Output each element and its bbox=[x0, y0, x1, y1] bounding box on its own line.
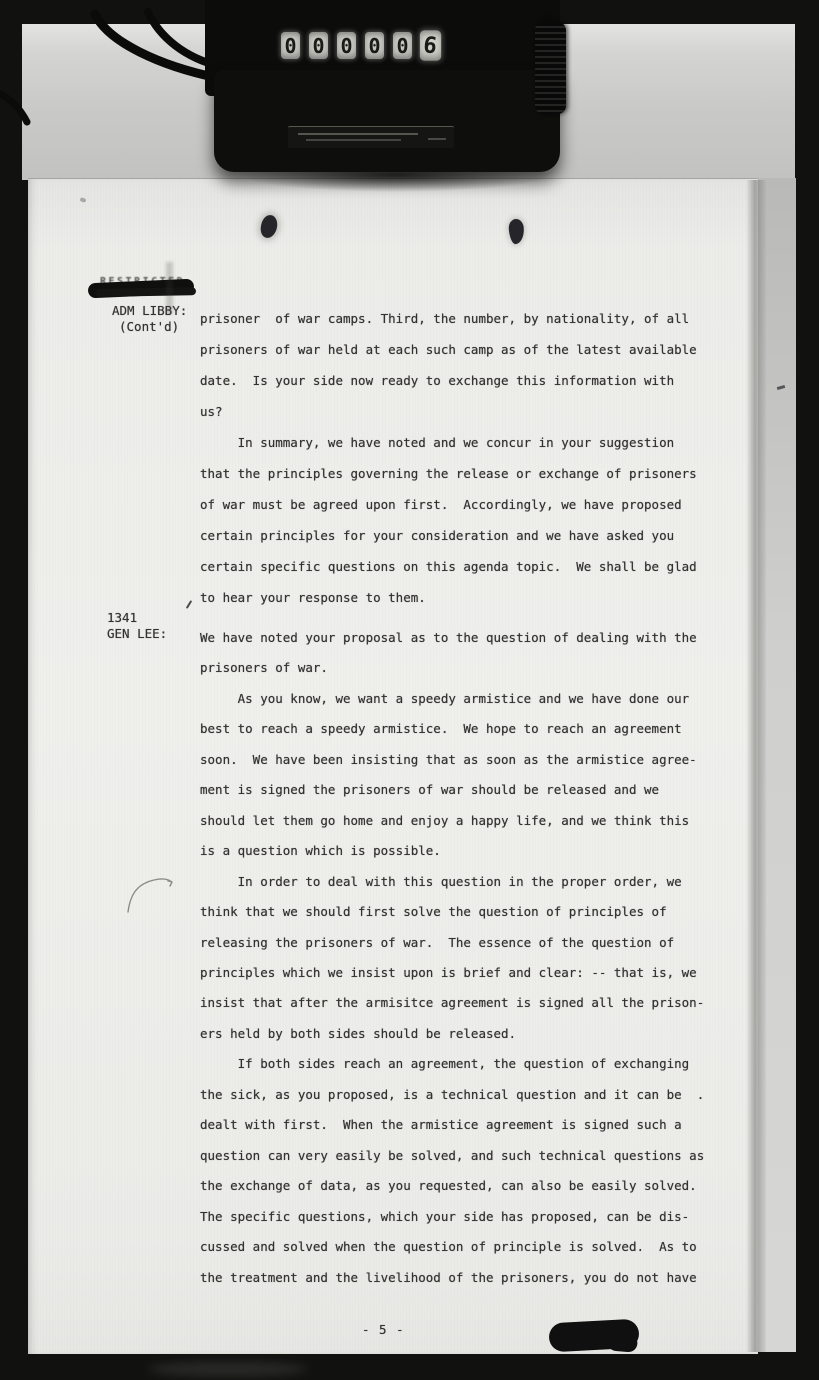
transcript-line: best to reach a speedy armistice. We hop… bbox=[200, 714, 704, 744]
transcript-line: The specific questions, which your side … bbox=[200, 1202, 704, 1232]
transcript-line: If both sides reach an agreement, the qu… bbox=[200, 1049, 704, 1079]
transcript-line: certain specific questions on this agend… bbox=[200, 551, 697, 582]
microfilm-frame: 0 0 0 0 0 6 RESTRICTED ADM LIBBY: (Cont'… bbox=[0, 0, 819, 1380]
transcript-line: In order to deal with this question in t… bbox=[200, 867, 704, 897]
counter-device-base bbox=[214, 70, 560, 172]
redaction-blob bbox=[548, 1319, 639, 1353]
transcript-line: is a question which is possible. bbox=[200, 836, 704, 866]
transcript-line: We have noted your proposal as to the qu… bbox=[200, 623, 704, 653]
transcript-line: question can very easily be solved, and … bbox=[200, 1141, 704, 1171]
transcript-line: ment is signed the prisoners of war shou… bbox=[200, 775, 704, 805]
counter-digit-display: 0 0 0 0 0 6 bbox=[281, 32, 440, 59]
counter-digit-2: 0 bbox=[309, 32, 328, 59]
transcript-line: prisoners of war. bbox=[200, 653, 704, 683]
transcript-line: certain principles for your consideratio… bbox=[200, 520, 697, 551]
transcript-line: the treatment and the livelihood of the … bbox=[200, 1263, 704, 1293]
transcript-line: ers held by both sides should be release… bbox=[200, 1019, 704, 1049]
transcript-line: soon. We have been insisting that as soo… bbox=[200, 745, 704, 775]
transcript-line: prisoner of war camps. Third, the number… bbox=[200, 303, 697, 334]
transcript-line: the sick, as you proposed, is a technica… bbox=[200, 1080, 704, 1110]
pencil-squiggle-mark bbox=[120, 860, 190, 920]
transcript-line: prisoners of war held at each such camp … bbox=[200, 334, 697, 365]
speaker-label-adm-libby: ADM LIBBY: bbox=[112, 303, 187, 318]
transcript-line: the exchange of data, as you requested, … bbox=[200, 1171, 704, 1201]
speaker-contd-note: (Cont'd) bbox=[119, 319, 179, 334]
transcript-lines-gen-lee: We have noted your proposal as to the qu… bbox=[200, 623, 704, 1293]
transcript-line: As you know, we want a speedy armistice … bbox=[200, 684, 704, 714]
speaker-label-gen-lee: GEN LEE: bbox=[107, 626, 167, 641]
transcript-line: us? bbox=[200, 396, 697, 427]
transcript-line: releasing the prisoners of war. The esse… bbox=[200, 928, 704, 958]
transcript-line: insist that after the armisitce agreemen… bbox=[200, 988, 704, 1018]
transcript-lines-adm-libby: prisoner of war camps. Third, the number… bbox=[200, 303, 697, 613]
page-edge-shadow bbox=[746, 180, 766, 1352]
counter-digit-3: 0 bbox=[337, 32, 356, 59]
transcript-line: dealt with first. When the armistice agr… bbox=[200, 1110, 704, 1140]
time-ref-number: 1341 bbox=[107, 610, 137, 625]
transcript-line: principles which we insist upon is brief… bbox=[200, 958, 704, 988]
counter-label-plate bbox=[288, 126, 454, 148]
counter-digit-4: 0 bbox=[365, 32, 384, 59]
counter-digit-5: 0 bbox=[393, 32, 412, 59]
transcript-line: that the principles governing the releas… bbox=[200, 458, 697, 489]
counter-digit-1: 0 bbox=[281, 32, 300, 59]
film-smudge bbox=[148, 1362, 308, 1376]
transcript-line: think that we should first solve the que… bbox=[200, 897, 704, 927]
transcript-line: should let them go home and enjoy a happ… bbox=[200, 806, 704, 836]
page-number: - 5 - bbox=[362, 1322, 405, 1337]
transcript-line: In summary, we have noted and we concur … bbox=[200, 427, 697, 458]
transcript-line: to hear your response to them. bbox=[200, 582, 697, 613]
counter-knob[interactable] bbox=[535, 22, 566, 114]
transcript-line: of war must be agreed upon first. Accord… bbox=[200, 489, 697, 520]
transcript-line: date. Is your side now ready to exchange… bbox=[200, 365, 697, 396]
transcript-line: cussed and solved when the question of p… bbox=[200, 1232, 704, 1262]
counter-digit-6: 6 bbox=[420, 30, 441, 60]
